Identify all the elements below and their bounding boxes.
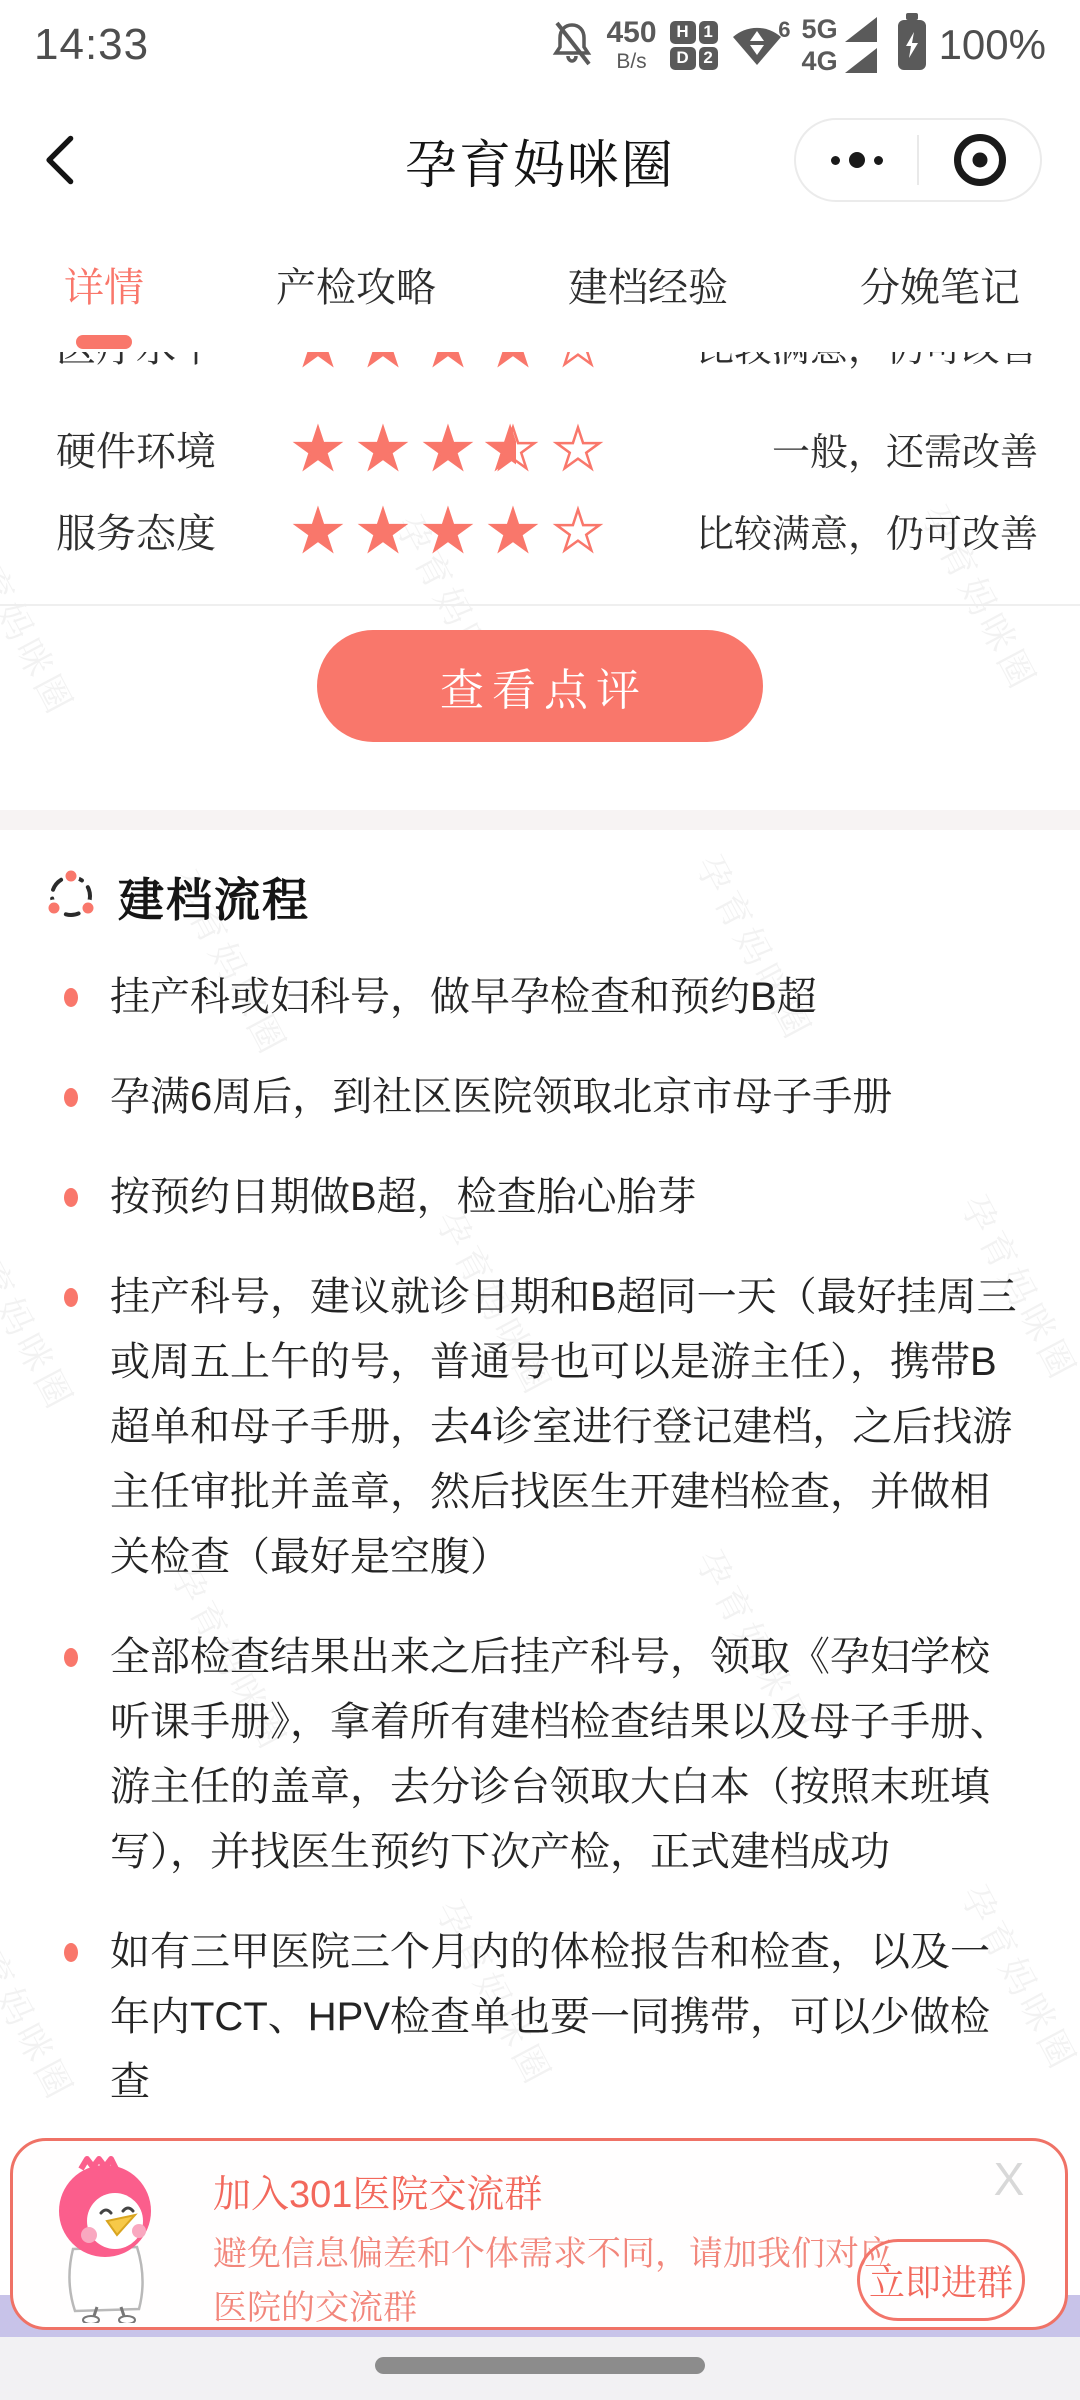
flow-list: 挂产科或妇科号，做早孕检查和预约B超孕满6周后，到社区医院领取北京市母子手册按预… bbox=[62, 965, 1022, 2280]
star-icon: ★ bbox=[550, 500, 606, 560]
section-divider-band bbox=[0, 810, 1080, 830]
star-icon: ★ bbox=[550, 418, 606, 478]
tab-产检攻略[interactable]: 产检攻略 bbox=[276, 256, 436, 313]
star-icon: ★ bbox=[355, 500, 411, 560]
battery-percent: 100% bbox=[939, 21, 1046, 69]
star-icon: ★ bbox=[550, 352, 606, 374]
banner-description: 避免信息偏差和个体需求不同，请加我们对应医院的交流群 bbox=[213, 2227, 913, 2335]
scroll-content[interactable]: 医疗水平★★★★★比较满意，仍可改善硬件环境★★★★★★一般，还需改善服务态度★… bbox=[0, 352, 1080, 2400]
status-icons: 450 B/s H1D2 6 5G 4G 100% bbox=[551, 13, 1046, 78]
join-group-button[interactable]: 立即进群 bbox=[857, 2239, 1025, 2321]
divider-line bbox=[0, 604, 1080, 606]
star-icon: ★ bbox=[420, 352, 476, 374]
battery-icon bbox=[898, 20, 926, 70]
flow-step: 按预约日期做B超，检查胎心胎芽 bbox=[62, 1165, 1022, 1230]
wifi-icon: 6 bbox=[731, 21, 789, 69]
star-rating: ★★★★★ bbox=[290, 500, 606, 560]
cellular-signal-icon: 5G 4G bbox=[802, 13, 877, 78]
flow-step: 挂产科号，建议就诊日期和B超同一天（最好挂周三或周五上午的号，普通号也可以是游主… bbox=[62, 1265, 1022, 1590]
miniprogram-capsule bbox=[794, 118, 1042, 202]
flow-step: 如有三甲医院三个月内的体检报告和检查，以及一年内TCT、HPV检查单也要一同携带… bbox=[62, 1920, 1022, 2115]
rating-rows: 医疗水平★★★★★比较满意，仍可改善硬件环境★★★★★★一般，还需改善服务态度★… bbox=[0, 352, 1080, 560]
star-icon: ★ bbox=[485, 500, 541, 560]
target-circle-icon bbox=[954, 134, 1006, 186]
clock: 14:33 bbox=[34, 20, 149, 70]
rating-row: 硬件环境★★★★★★一般，还需改善 bbox=[56, 418, 1038, 478]
star-icon: ★ bbox=[485, 352, 541, 374]
section-header: 建档流程 bbox=[44, 864, 1080, 930]
group-promo-banner: 加入301医院交流群 避免信息偏差和个体需求不同，请加我们对应医院的交流群 X … bbox=[10, 2138, 1068, 2330]
star-rating: ★★★★★ bbox=[290, 352, 606, 374]
more-dots-icon bbox=[831, 152, 883, 168]
tab-详情[interactable]: 详情 bbox=[64, 256, 144, 313]
flow-step: 孕满6周后，到社区医院领取北京市母子手册 bbox=[62, 1065, 1022, 1130]
star-icon: ★ bbox=[355, 418, 411, 478]
flow-process-icon bbox=[44, 868, 98, 927]
rating-row: 医疗水平★★★★★比较满意，仍可改善 bbox=[56, 352, 1038, 374]
star-icon: ★ bbox=[290, 500, 346, 560]
rating-row: 服务态度★★★★★比较满意，仍可改善 bbox=[56, 500, 1038, 560]
star-rating: ★★★★★★ bbox=[290, 418, 606, 478]
rating-note: 比较满意，仍可改善 bbox=[696, 352, 1038, 372]
nav-bar: 孕育妈咪圈 bbox=[0, 90, 1080, 230]
star-icon: ★ bbox=[290, 352, 346, 374]
rating-note: 一般，还需改善 bbox=[772, 421, 1038, 476]
star-icon: ★ bbox=[290, 418, 346, 478]
home-indicator[interactable] bbox=[375, 2357, 705, 2374]
hd-volte-icon: H1D2 bbox=[670, 21, 718, 70]
rating-label: 医疗水平 bbox=[56, 352, 276, 373]
system-nav-area bbox=[0, 2337, 1080, 2400]
star-icon: ★ bbox=[355, 352, 411, 374]
rating-label: 硬件环境 bbox=[56, 420, 276, 477]
view-reviews-button[interactable]: 查看点评 bbox=[317, 630, 763, 742]
flow-step: 挂产科或妇科号，做早孕检查和预约B超 bbox=[62, 965, 1022, 1030]
star-icon: ★★ bbox=[485, 418, 541, 478]
more-menu-button[interactable] bbox=[796, 120, 917, 200]
mascot-image bbox=[41, 2155, 173, 2323]
banner-title: 加入301医院交流群 bbox=[213, 2163, 542, 2218]
network-speed: 450 B/s bbox=[606, 18, 656, 72]
section-title: 建档流程 bbox=[118, 864, 310, 930]
rating-label: 服务态度 bbox=[56, 502, 276, 559]
notifications-muted-icon bbox=[551, 20, 593, 71]
status-bar: 14:33 450 B/s H1D2 6 5G 4G 100% bbox=[0, 0, 1080, 90]
exit-miniprogram-button[interactable] bbox=[919, 120, 1040, 200]
flow-step: 全部检查结果出来之后挂产科号，领取《孕妇学校听课手册》，拿着所有建档检查结果以及… bbox=[62, 1625, 1022, 1885]
tab-分娩笔记[interactable]: 分娩笔记 bbox=[860, 256, 1020, 313]
tab-建档经验[interactable]: 建档经验 bbox=[568, 256, 728, 313]
tab-bar: 详情产检攻略建档经验分娩笔记 bbox=[0, 230, 1080, 352]
rating-note: 比较满意，仍可改善 bbox=[696, 503, 1038, 558]
close-icon[interactable]: X bbox=[979, 2149, 1039, 2209]
star-icon: ★ bbox=[420, 500, 476, 560]
star-icon: ★ bbox=[420, 418, 476, 478]
